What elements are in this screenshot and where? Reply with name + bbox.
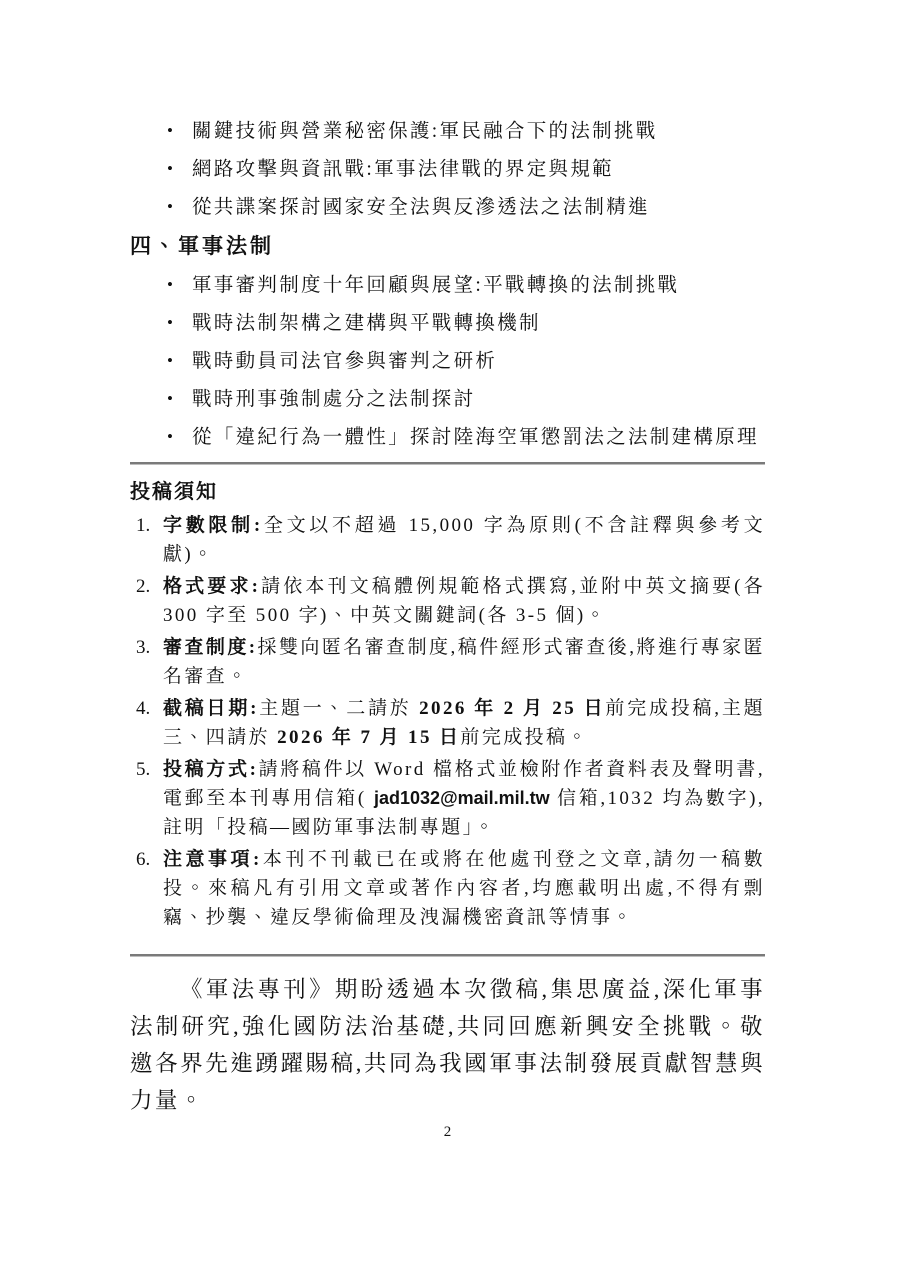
list-item: •從「違紀行為一體性」探討陸海空軍懲罰法之法制建構原理 bbox=[130, 424, 765, 452]
list-item-text: 戰時動員司法官參與審判之研析 bbox=[192, 351, 497, 372]
item-label: 字數限制: bbox=[163, 515, 263, 536]
item-number: 4. bbox=[136, 694, 150, 723]
item-label: 截稿日期: bbox=[163, 698, 259, 719]
intro-bullet-list: •關鍵技術與營業秘密保護:軍民融合下的法制挑戰•網路攻擊與資訊戰:軍事法律戰的界… bbox=[130, 118, 765, 222]
item-number: 6. bbox=[136, 845, 150, 874]
bullet-icon: • bbox=[167, 193, 173, 221]
list-item: •軍事審判制度十年回顧與展望:平戰轉換的法制挑戰 bbox=[130, 272, 765, 300]
list-item-text: 從「違紀行為一體性」探討陸海空軍懲罰法之法制建構原理 bbox=[192, 427, 759, 448]
item-label: 格式要求: bbox=[163, 576, 260, 597]
item-number: 3. bbox=[136, 633, 150, 662]
bullet-icon: • bbox=[167, 271, 173, 299]
bullet-icon: • bbox=[167, 385, 173, 413]
notice-item: 1.字數限制:全文以不超過 15,000 字為原則(不含註釋與參考文獻)。 bbox=[130, 511, 765, 569]
item-label: 注意事項: bbox=[163, 849, 262, 870]
list-item-text: 戰時法制架構之建構與平戰轉換機制 bbox=[192, 313, 541, 334]
item-label: 審查制度: bbox=[163, 637, 258, 658]
item-number: 5. bbox=[136, 755, 150, 784]
bullet-icon: • bbox=[167, 423, 173, 451]
submission-notice-heading: 投稿須知 bbox=[130, 479, 765, 505]
item-label: 投稿方式: bbox=[163, 759, 258, 780]
notice-item: 2.格式要求:請依本刊文稿體例規範格式撰寫,並附中英文摘要(各 300 字至 5… bbox=[130, 572, 765, 630]
item-number: 1. bbox=[136, 511, 150, 540]
email-address: jad1032@mail.mil.tw bbox=[374, 788, 550, 808]
bullet-icon: • bbox=[167, 347, 173, 375]
list-item: •關鍵技術與營業秘密保護:軍民融合下的法制挑戰 bbox=[130, 118, 765, 146]
list-item-text: 關鍵技術與營業秘密保護:軍民融合下的法制挑戰 bbox=[192, 121, 658, 142]
bullet-icon: • bbox=[167, 117, 173, 145]
section-four-bullet-list: •軍事審判制度十年回顧與展望:平戰轉換的法制挑戰•戰時法制架構之建構與平戰轉換機… bbox=[130, 272, 765, 452]
closing-paragraph: 《軍法專刊》期盼透過本次徵稿,集思廣益,深化軍事法制研究,強化國防法治基礎,共同… bbox=[130, 971, 765, 1119]
notice-item: 4.截稿日期:主題一、二請於 2026 年 2 月 25 日前完成投稿,主題三、… bbox=[130, 694, 765, 752]
list-item: •戰時動員司法官參與審判之研析 bbox=[130, 348, 765, 376]
notice-item: 6.注意事項:本刊不刊載已在或將在他處刊登之文章,請勿一稿數投。來稿凡有引用文章… bbox=[130, 845, 765, 932]
submission-notice-list: 1.字數限制:全文以不超過 15,000 字為原則(不含註釋與參考文獻)。2.格… bbox=[130, 511, 765, 932]
bullet-icon: • bbox=[167, 155, 173, 183]
list-item-text: 軍事審判制度十年回顧與展望:平戰轉換的法制挑戰 bbox=[192, 275, 679, 296]
horizontal-rule-top bbox=[130, 462, 765, 465]
item-number: 2. bbox=[136, 572, 150, 601]
document-page: •關鍵技術與營業秘密保護:軍民融合下的法制挑戰•網路攻擊與資訊戰:軍事法律戰的界… bbox=[0, 0, 900, 1272]
list-item: •網路攻擊與資訊戰:軍事法律戰的界定與規範 bbox=[130, 156, 765, 184]
list-item: •戰時法制架構之建構與平戰轉換機制 bbox=[130, 310, 765, 338]
list-item: •從共諜案探討國家安全法與反滲透法之法制精進 bbox=[130, 194, 765, 222]
list-item-text: 網路攻擊與資訊戰:軍事法律戰的界定與規範 bbox=[192, 159, 614, 180]
list-item-text: 從共諜案探討國家安全法與反滲透法之法制精進 bbox=[192, 197, 650, 218]
section-heading-military-law: 四、軍事法制 bbox=[130, 232, 765, 260]
list-item: •戰時刑事強制處分之法制探討 bbox=[130, 386, 765, 414]
list-item-text: 戰時刑事強制處分之法制探討 bbox=[192, 389, 475, 410]
deadline-date: 2026 年 2 月 25 日 bbox=[419, 698, 605, 719]
notice-item: 3.審查制度:採雙向匿名審查制度,稿件經形式審查後,將進行專家匿名審查。 bbox=[130, 633, 765, 691]
page-number: 2 bbox=[130, 1123, 765, 1141]
deadline-date: 2026 年 7 月 15 日 bbox=[277, 727, 460, 748]
bullet-icon: • bbox=[167, 309, 173, 337]
notice-item: 5.投稿方式:請將稿件以 Word 檔格式並檢附作者資料表及聲明書,電郵至本刊專… bbox=[130, 755, 765, 842]
item-text: 前完成投稿。 bbox=[460, 727, 588, 748]
horizontal-rule-bottom bbox=[130, 954, 765, 957]
item-text: 主題一、二請於 bbox=[259, 698, 419, 719]
